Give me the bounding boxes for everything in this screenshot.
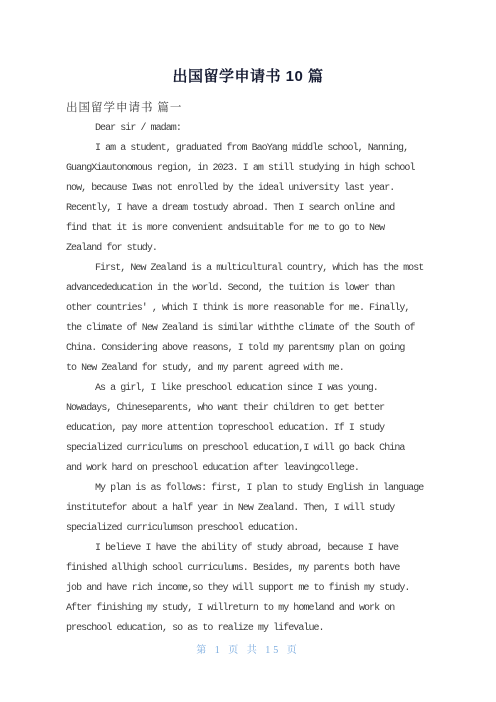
text-line: Nowadays, Chineseparents, who want their… [66, 399, 432, 419]
section-heading: 出国留学申请书 篇一 [66, 97, 432, 119]
text-line: institutefor about a half year in New Ze… [66, 499, 432, 519]
paragraph: My plan is as follows: first, I plan to … [66, 479, 432, 539]
text-line: I believe I have the ability of study ab… [66, 539, 432, 559]
text-line: specialized curriculumson preschool educ… [66, 519, 432, 539]
document-content: 出国留学申请书 篇一 Dear sir / madam:I am a stude… [66, 97, 432, 639]
text-line: advancededucation in the world. Second, … [66, 279, 432, 299]
text-line: I am a student, graduated from BaoYang m… [66, 139, 432, 159]
text-line: GuangXiautonomous region, in 2023. I am … [66, 159, 432, 179]
text-line: First, New Zealand is a multicultural co… [66, 259, 432, 279]
paragraph: First, New Zealand is a multicultural co… [66, 259, 432, 379]
paragraph: Dear sir / madam: [66, 119, 432, 139]
document-page: 出国留学申请书 10 篇 出国留学申请书 篇一 Dear sir / madam… [0, 0, 496, 702]
paragraph: I believe I have the ability of study ab… [66, 539, 432, 639]
page-footer: 第 1 页 共 15 页 [0, 641, 496, 656]
text-line: preschool education, so as to realize my… [66, 619, 432, 639]
text-line: job and have rich income,so they will su… [66, 579, 432, 599]
document-title: 出国留学申请书 10 篇 [0, 65, 496, 86]
paragraph: I am a student, graduated from BaoYang m… [66, 139, 432, 259]
text-line: After finishing my study, I willreturn t… [66, 599, 432, 619]
text-line: to New Zealand for study, and my parent … [66, 359, 432, 379]
text-line: and work hard on preschool education aft… [66, 459, 432, 479]
text-line: education, pay more attention topreschoo… [66, 419, 432, 439]
text-line: specialized curriculums on preschool edu… [66, 439, 432, 459]
text-line: My plan is as follows: first, I plan to … [66, 479, 432, 499]
text-line: Dear sir / madam: [66, 119, 432, 139]
text-line: find that it is more convenient andsuita… [66, 219, 432, 239]
text-line: As a girl, I like preschool education si… [66, 379, 432, 399]
text-line: Recently, I have a dream tostudy abroad.… [66, 199, 432, 219]
text-line: finished allhigh school curriculums. Bes… [66, 559, 432, 579]
document-body: Dear sir / madam:I am a student, graduat… [66, 119, 432, 639]
paragraph: As a girl, I like preschool education si… [66, 379, 432, 479]
text-line: now, because Iwas not enrolled by the id… [66, 179, 432, 199]
text-line: other countries' , which I think is more… [66, 299, 432, 319]
text-line: the climate of New Zealand is similar wi… [66, 319, 432, 339]
text-line: Zealand for study. [66, 239, 432, 259]
text-line: China. Considering above reasons, I told… [66, 339, 432, 359]
